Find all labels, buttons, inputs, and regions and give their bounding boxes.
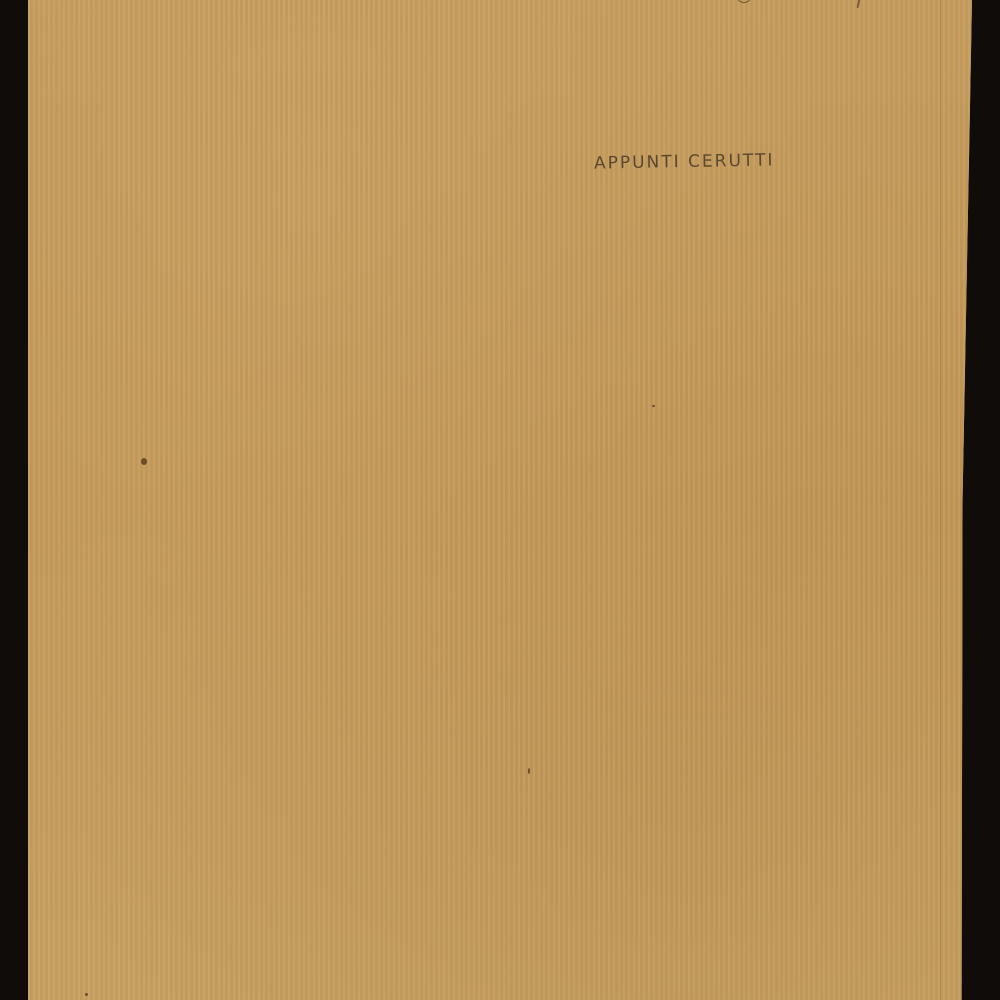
paper-speck [652,405,655,407]
paper-speck [528,768,530,774]
paper-speck [141,458,147,465]
cut-off-top-handwriting [728,0,928,10]
paper-speck [85,993,88,996]
ink-mark [857,0,862,8]
kraft-folder-cover: APPUNTI CERUTTI [28,0,972,1000]
scan-canvas: APPUNTI CERUTTI [0,0,1000,1000]
folder-edge-fold [940,0,941,1000]
handwritten-label: APPUNTI CERUTTI [594,150,775,173]
ink-mark [736,0,752,3]
